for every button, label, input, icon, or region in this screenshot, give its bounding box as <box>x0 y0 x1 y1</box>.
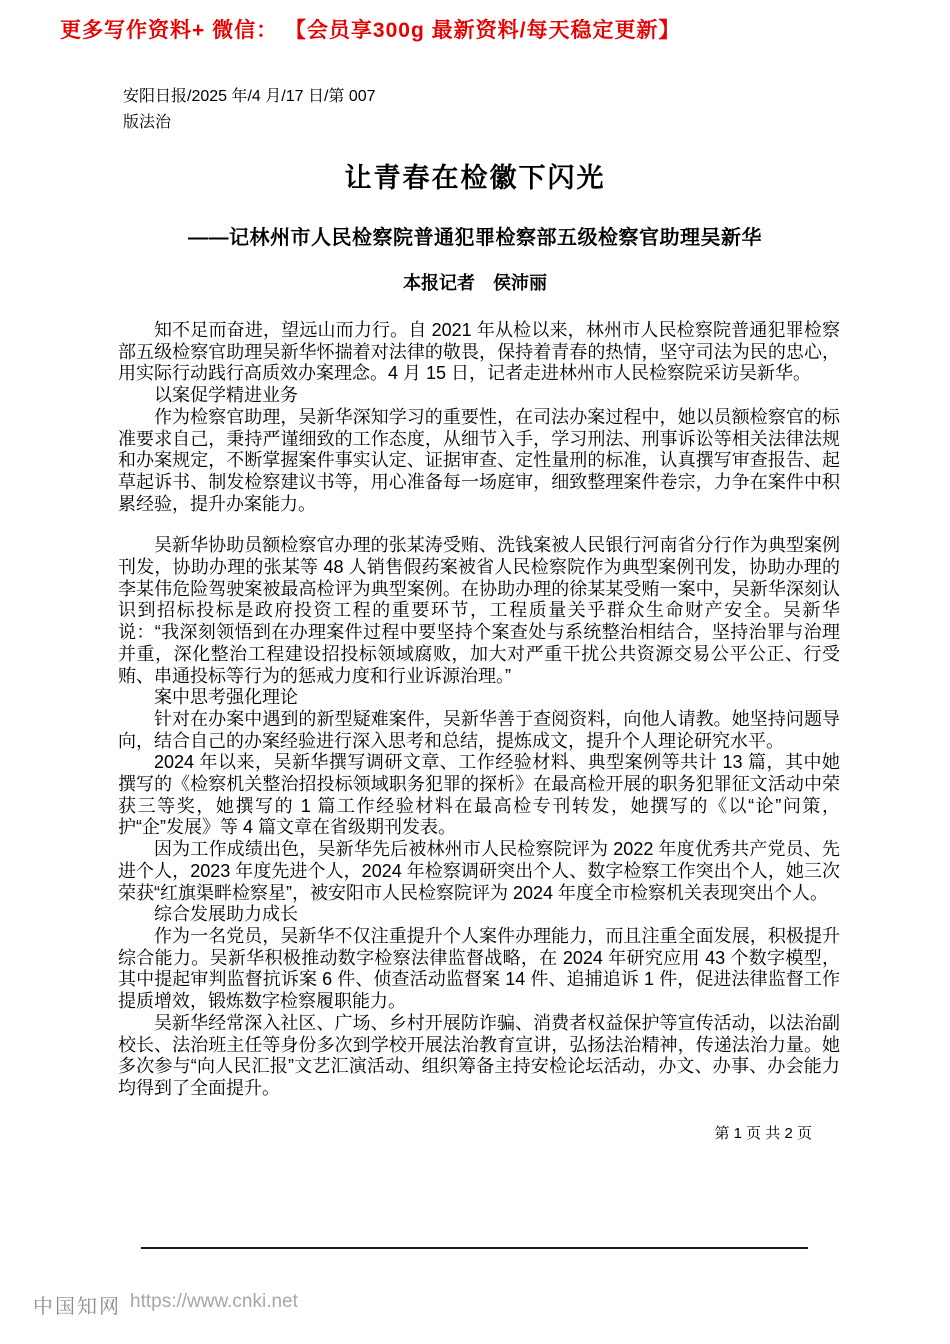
article-title: 让青春在检徽下闪光 <box>0 156 950 195</box>
article-paragraph: 因为工作成绩出色，吴新华先后被林州市人民检察院评为 2022 年度优秀共产党员、… <box>118 839 840 904</box>
article-body: 知不足而奋进，望远山而力行。自 2021 年从检以来，林州市人民检察院普通犯罪检… <box>118 320 840 1100</box>
section-heading: 以案促学精进业务 <box>118 385 840 407</box>
article-paragraph: 2024 年以来，吴新华撰写调研文章、工作经验材料、典型案例等共计 13 篇，其… <box>118 752 840 839</box>
article-subtitle: ——记林州市人民检察院普通犯罪检察部五级检察官助理吴新华 <box>0 221 950 250</box>
cnki-url-link[interactable]: https://www.cnki.net <box>130 1291 298 1313</box>
article-paragraph: 作为检察官助理，吴新华深知学习的重要性，在司法办案过程中，她以员额检察官的标准要… <box>118 407 840 516</box>
article-paragraph: 作为一名党员，吴新华不仅注重提升个人案件办理能力，而且注重全面发展，积极提升综合… <box>118 926 840 1013</box>
article-paragraph: 知不足而奋进，望远山而力行。自 2021 年从检以来，林州市人民检察院普通犯罪检… <box>118 320 840 385</box>
article-paragraph: 吴新华经常深入社区、广场、乡村开展防诈骗、消费者权益保护等宣传活动，以法治副校长… <box>118 1013 840 1100</box>
page-indicator: 第 1 页 共 2 页 <box>118 1122 812 1143</box>
article-paragraph: 针对在办案中遇到的新型疑难案件，吴新华善于查阅资料，向他人请教。她坚持问题导向，… <box>118 709 840 752</box>
source-header-line2: 版法治 <box>123 110 376 136</box>
document-page: 更多写作资料+ 微信： 【会员享300g 最新资料/每天稳定更新】 安阳日报/2… <box>0 0 950 1344</box>
article-paragraph: 吴新华协助员额检察官办理的张某涛受贿、洗钱案被人民银行河南省分行作为典型案例刊发… <box>118 535 840 687</box>
cnki-brand-text: 中国知网 <box>33 1290 121 1319</box>
section-heading: 综合发展助力成长 <box>118 904 840 926</box>
footer-divider-line <box>141 1247 808 1249</box>
source-header-line1: 安阳日报/2025 年/4 月/17 日/第 007 <box>123 84 376 110</box>
source-header: 安阳日报/2025 年/4 月/17 日/第 007 版法治 <box>123 84 376 136</box>
promo-banner-text: 更多写作资料+ 微信： 【会员享300g 最新资料/每天稳定更新】 <box>60 14 680 44</box>
section-heading: 案中思考强化理论 <box>118 687 840 709</box>
article-byline: 本报记者 侯沛丽 <box>0 269 950 295</box>
